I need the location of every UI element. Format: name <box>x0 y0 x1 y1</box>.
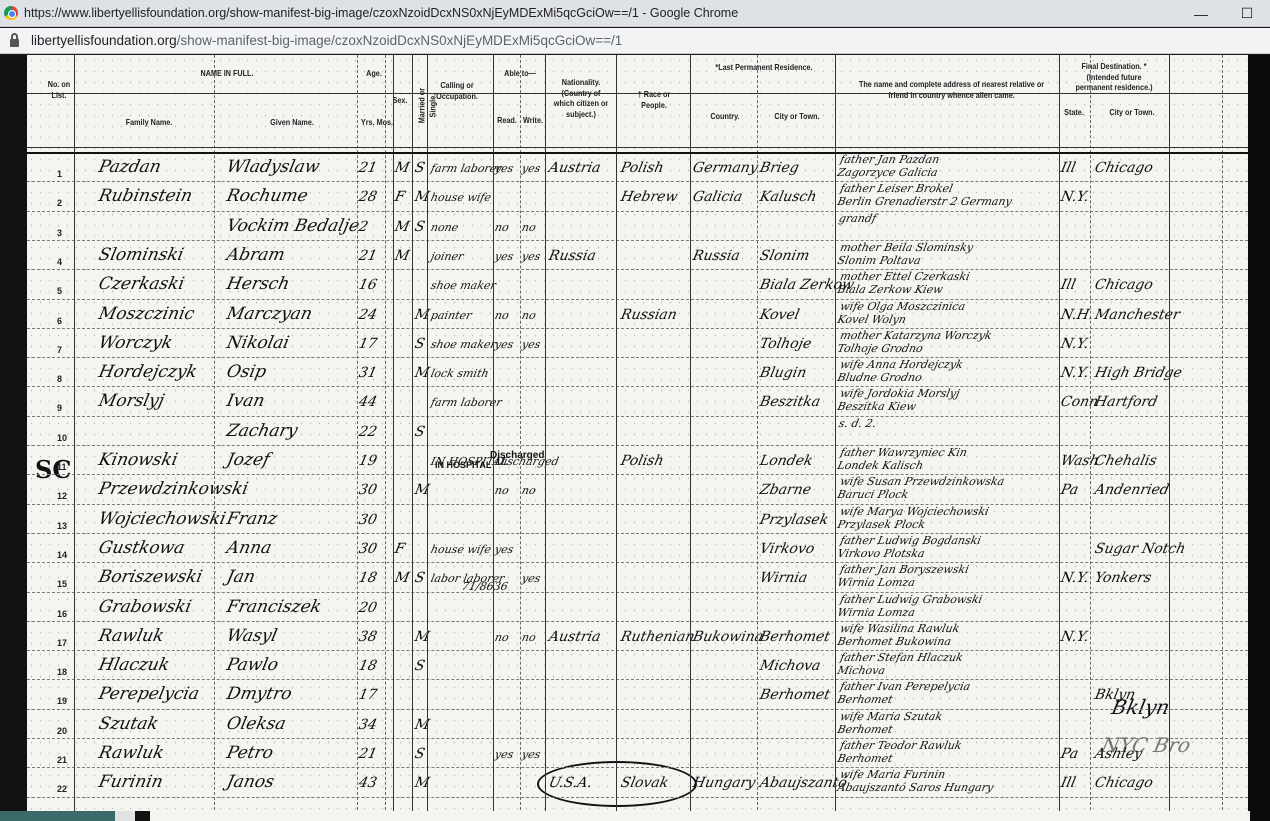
dest-state: Ill <box>1059 277 1077 293</box>
column-rule <box>385 55 386 815</box>
header-last-residence: *Last Permanent Residence. <box>709 62 820 73</box>
marital-status: S <box>413 336 426 352</box>
row-number: 20 <box>57 726 67 736</box>
given-name: Abram <box>225 245 287 265</box>
age: 2 <box>357 219 369 235</box>
nearest-relative: father Leiser Brokel Berlin Grenadierstr… <box>836 182 1016 208</box>
header-yrs-mos: Yrs. Mos. <box>360 117 394 128</box>
header-rule <box>27 93 1248 94</box>
read: no <box>494 484 510 497</box>
nearest-relative: father Wawrzyniec Kin Londek Kalisch <box>836 446 968 472</box>
header-no-on-list: No. on List. <box>45 79 74 100</box>
nearest-relative: wife Olga Moszczinica Kovel Wolyn <box>836 300 966 326</box>
row-number: 17 <box>57 638 67 648</box>
column-rule <box>1090 55 1091 815</box>
row-rule <box>27 474 1248 475</box>
dest-city: Bklyn <box>1093 687 1137 703</box>
window-controls: — ☐ <box>1178 0 1270 27</box>
nationality: Austria <box>547 629 602 645</box>
column-rule <box>520 55 521 815</box>
read: yes <box>494 250 515 263</box>
family-name: Grabowski <box>97 597 193 617</box>
family-name: Slominski <box>97 245 186 265</box>
write: no <box>521 309 537 322</box>
header-state: State. <box>1061 107 1087 118</box>
row-rule <box>27 592 1248 593</box>
family-name: Wojciechowski <box>97 509 228 529</box>
read: yes <box>494 543 515 556</box>
given-name: Franciszek <box>225 597 323 617</box>
read: yes <box>494 162 515 175</box>
header-country: Country. <box>700 111 751 122</box>
family-name: Przewdzinkowski <box>97 479 250 499</box>
race: Russian <box>619 307 678 323</box>
column-rule <box>74 55 75 815</box>
given-name: Ivan <box>225 391 267 411</box>
chrome-logo-icon <box>4 6 18 20</box>
sex: M <box>393 248 411 264</box>
family-name: Szutak <box>97 714 160 734</box>
dest-city: Chicago <box>1093 160 1154 176</box>
row-number: 6 <box>57 316 62 326</box>
given-name: Marczyan <box>225 304 314 324</box>
header-dest-city: City or Town. <box>1102 107 1162 118</box>
occupation: farm laborer <box>430 162 503 175</box>
family-name: Boriszewski <box>97 567 204 587</box>
row-number: 5 <box>57 286 62 296</box>
given-name: Janos <box>225 772 276 792</box>
age: 17 <box>357 687 378 703</box>
marital-status: S <box>413 570 426 586</box>
nearest-relative: wife Wasilina Rawluk Berhomet Bukowina <box>836 622 961 648</box>
city: Kalusch <box>758 189 818 205</box>
nearest-relative: mother Katarzyna Worczyk Tolhoje Grodno <box>836 329 993 355</box>
marital-status: S <box>413 424 426 440</box>
dest-city: Chehalis <box>1093 453 1158 469</box>
dest-city: Hartford <box>1093 394 1159 410</box>
family-name: Perepelycia <box>97 684 201 704</box>
window-titlebar: https://www.libertyellisfoundation.org/s… <box>0 0 1270 27</box>
given-name: Oleksa <box>225 714 288 734</box>
column-rule <box>214 55 215 815</box>
row-rule <box>27 328 1248 329</box>
country: Galicia <box>691 189 744 205</box>
given-name: Franz <box>225 509 279 529</box>
manifest-image-viewer: No. on List. NAME IN FULL. Family Name. … <box>0 55 1270 821</box>
dest-state: N.Y. <box>1059 189 1090 205</box>
next-page-strip <box>0 811 1270 821</box>
column-rule <box>393 55 394 815</box>
age: 30 <box>357 541 378 557</box>
row-number: 12 <box>57 491 67 501</box>
minimize-button[interactable]: — <box>1178 0 1224 27</box>
dest-state: N.Y. <box>1059 570 1090 586</box>
marital-status: M <box>413 775 431 791</box>
dest-state: N.Y. <box>1059 336 1090 352</box>
age: 20 <box>357 600 378 616</box>
family-name: Czerkaski <box>97 274 186 294</box>
family-name: Kinowski <box>97 450 180 470</box>
column-rule <box>357 55 358 815</box>
read: no <box>494 221 510 234</box>
city: Michova <box>758 658 822 674</box>
header-write: Write. <box>521 115 545 126</box>
family-name: Rubinstein <box>97 186 194 206</box>
column-rule <box>835 55 836 815</box>
age: 18 <box>357 570 378 586</box>
dest-state: Pa <box>1059 746 1080 762</box>
row-rule <box>27 240 1248 241</box>
row-rule <box>27 445 1248 446</box>
column-rule <box>757 55 758 815</box>
header-bottom-rule <box>27 152 1248 154</box>
given-name: Osip <box>225 362 268 382</box>
city: Przylasek <box>758 512 830 528</box>
family-name: Gustkowa <box>97 538 187 558</box>
age: 16 <box>357 277 378 293</box>
url-text[interactable]: libertyellisfoundation.org/show-manifest… <box>31 33 622 48</box>
row-rule <box>27 562 1248 563</box>
row-number: 1 <box>57 169 62 179</box>
nearest-relative: mother Beila Slominsky Slonim Poltava <box>836 241 974 267</box>
marital-status: S <box>413 219 426 235</box>
occupation: shoe maker <box>430 338 498 351</box>
marital-status: M <box>413 717 431 733</box>
read: no <box>494 309 510 322</box>
given-name: Rochume <box>225 186 310 206</box>
given-name: Pawlo <box>225 655 280 675</box>
header-read: Read. <box>494 115 520 126</box>
column-rule <box>1169 55 1170 815</box>
given-name: Petro <box>225 743 275 763</box>
write: yes <box>521 748 542 761</box>
row-number: 22 <box>57 784 67 794</box>
row-number: 2 <box>57 198 62 208</box>
nearest-relative: wife Marya Wojciechowski Przylasek Plock <box>836 505 990 531</box>
family-name: Hordejczyk <box>97 362 199 382</box>
dest-state: Pa <box>1059 482 1080 498</box>
given-name: Zachary <box>225 421 300 441</box>
age: 24 <box>357 307 378 323</box>
sex: M <box>393 219 411 235</box>
city: Zbarne <box>758 482 812 498</box>
age: 28 <box>357 189 378 205</box>
marital-status: M <box>413 365 431 381</box>
age: 43 <box>357 775 378 791</box>
row-number: 3 <box>57 228 62 238</box>
family-name: Hlaczuk <box>97 655 171 675</box>
city: Beszitka <box>758 394 821 410</box>
row-rule <box>27 533 1248 534</box>
url-path: /show-manifest-big-image/czoxNzoidDcxNS0… <box>177 33 623 48</box>
age: 44 <box>357 394 378 410</box>
header-city-or-town: City or Town. <box>767 111 827 122</box>
row-number: 18 <box>57 667 67 677</box>
dest-city: Andenried <box>1093 482 1170 498</box>
row-rule <box>27 621 1248 622</box>
nearest-relative: wife Maria Szutak Berhomet <box>836 710 943 736</box>
lock-icon[interactable] <box>10 39 19 47</box>
column-rule <box>427 55 428 815</box>
header-calling: Calling or Occupation. <box>432 80 483 101</box>
age: 18 <box>357 658 378 674</box>
marital-status: M <box>413 189 431 205</box>
age: 22 <box>357 424 378 440</box>
row-rule <box>27 386 1248 387</box>
row-rule <box>27 767 1248 768</box>
nearest-relative: father Teodor Rawluk Berhomet <box>836 739 963 765</box>
given-name: Jozef <box>225 450 272 470</box>
dest-state: N.Y. <box>1059 365 1090 381</box>
occupation: labor laborer <box>430 572 506 585</box>
row-number: 19 <box>57 696 67 706</box>
city: Berhomet <box>758 687 831 703</box>
given-name: Anna <box>225 538 274 558</box>
row-number: 13 <box>57 521 67 531</box>
header-nationality: Nationality. (Country of which citizen o… <box>550 77 611 120</box>
column-rule <box>1222 55 1223 815</box>
dest-state: N.Y. <box>1059 629 1090 645</box>
nearest-relative: wife Jordokia Morslyj Beszitka Kiew <box>836 387 961 413</box>
age: 30 <box>357 482 378 498</box>
occupation: shoe maker <box>430 279 498 292</box>
age: 21 <box>357 746 378 762</box>
row-number: 4 <box>57 257 62 267</box>
column-rule <box>616 55 617 815</box>
occupation: none <box>430 221 460 234</box>
header-family-name: Family Name. <box>107 117 192 128</box>
age: 38 <box>357 629 378 645</box>
country: Bukowina <box>691 629 764 645</box>
sex: M <box>393 570 411 586</box>
row-number: 16 <box>57 609 67 619</box>
row-number: 21 <box>57 755 67 765</box>
family-name: Morslyj <box>97 391 166 411</box>
row-number: 14 <box>57 550 67 560</box>
header-rule <box>27 147 1248 148</box>
row-rule <box>27 679 1248 680</box>
row-number: 11 <box>57 462 67 472</box>
url-host: libertyellisfoundation.org <box>31 33 177 48</box>
race: Slovak <box>619 775 670 791</box>
row-rule <box>27 504 1248 505</box>
row-number: 8 <box>57 374 62 384</box>
age: 17 <box>357 336 378 352</box>
race: Polish <box>619 453 665 469</box>
nearest-relative: wife Maria Furinin Abaujszantó Saros Hun… <box>836 768 997 794</box>
sex: F <box>393 541 406 557</box>
sex: M <box>393 160 411 176</box>
read: no <box>494 631 510 644</box>
nationality: U.S.A. <box>547 775 593 791</box>
family-name: Furinin <box>97 772 165 792</box>
column-rule <box>690 55 691 815</box>
occupation: joiner <box>430 250 465 263</box>
occupation: house wife <box>430 543 493 556</box>
age: 19 <box>357 453 378 469</box>
marital-status: M <box>413 307 431 323</box>
write: yes <box>521 250 542 263</box>
city: Virkovo <box>758 541 816 557</box>
country: Hungary <box>691 775 757 791</box>
city: Wirnia <box>758 570 809 586</box>
given-name: Wasyl <box>225 626 279 646</box>
family-name: Rawluk <box>97 626 166 646</box>
family-name: Moszczinic <box>97 304 196 324</box>
dest-city: Yonkers <box>1093 570 1153 586</box>
write: no <box>521 631 537 644</box>
header-age: Age. <box>361 68 387 79</box>
row-rule <box>27 211 1248 212</box>
given-name: Wladyslaw <box>225 157 322 177</box>
row-rule <box>27 299 1248 300</box>
age: 21 <box>357 248 378 264</box>
occupation: lock smith <box>430 367 490 380</box>
dest-state: Ill <box>1059 160 1077 176</box>
family-name: Pazdan <box>97 157 163 177</box>
city: Londek <box>758 453 814 469</box>
race: Hebrew <box>619 189 679 205</box>
city: Slonim <box>758 248 811 264</box>
city: Blugin <box>758 365 808 381</box>
write: no <box>521 484 537 497</box>
sex: F <box>393 189 406 205</box>
nearest-relative: father Ludwig Grabowski Wirnia Lomza <box>836 593 983 619</box>
row-number: 7 <box>57 345 62 355</box>
read: yes <box>494 338 515 351</box>
row-number: 9 <box>57 403 62 413</box>
city: Brieg <box>758 160 800 176</box>
row-rule <box>27 797 1248 798</box>
marital-status: M <box>413 482 431 498</box>
row-number: 15 <box>57 579 67 589</box>
nearest-relative: mother Ettel Czerkaski Biala Zerkow Kiew <box>836 270 971 296</box>
row-rule <box>27 416 1248 417</box>
column-rule <box>545 55 546 815</box>
write: yes <box>521 162 542 175</box>
age: 21 <box>357 160 378 176</box>
column-rule <box>412 55 413 815</box>
read: yes <box>494 748 515 761</box>
maximize-button[interactable]: ☐ <box>1224 0 1270 27</box>
column-rule <box>1059 55 1060 815</box>
given-name: Dmytro <box>225 684 294 704</box>
header-given-name: Given Name. <box>250 117 335 128</box>
occupation: house wife <box>430 191 493 204</box>
header-final-destination: Final Destination. *(Intended future per… <box>1067 61 1161 93</box>
row-rule <box>27 709 1248 710</box>
age: 34 <box>357 717 378 733</box>
row-rule <box>27 738 1248 739</box>
marital-status: S <box>413 160 426 176</box>
nearest-relative: wife Anna Hordejczyk Bludne Grodno <box>836 358 964 384</box>
given-name: Hersch <box>225 274 291 294</box>
family-name: Rawluk <box>97 743 166 763</box>
row-rule <box>27 357 1248 358</box>
race: Ruthenian <box>619 629 696 645</box>
header-sex: Sex. <box>392 95 407 106</box>
row-rule <box>27 269 1248 270</box>
row-rule <box>27 650 1248 651</box>
city: Kovel <box>758 307 801 323</box>
marital-status: S <box>413 658 426 674</box>
nearest-relative: father Stefan Hlaczuk Michova <box>836 651 964 677</box>
manifest-page: No. on List. NAME IN FULL. Family Name. … <box>27 55 1248 815</box>
address-bar[interactable]: libertyellisfoundation.org/show-manifest… <box>0 28 1270 54</box>
family-name: Worczyk <box>97 333 174 353</box>
dest-state: Ill <box>1059 775 1077 791</box>
given-name: Vockim Bedalje <box>225 216 361 236</box>
city: Tolhoje <box>758 336 813 352</box>
dest-city: Chicago <box>1093 775 1154 791</box>
occupation: painter <box>430 309 473 322</box>
marital-status: S <box>413 746 426 762</box>
read: Discharged <box>494 455 560 468</box>
country: Russia <box>691 248 741 264</box>
dest-city: Chicago <box>1093 277 1154 293</box>
dest-city: Sugar Notch <box>1093 541 1187 557</box>
row-number: 10 <box>57 433 67 443</box>
nearest-relative: wife Susan Przewdzinkowska Baruci Plock <box>836 475 1005 501</box>
race: Polish <box>619 160 665 176</box>
header-nearest-relative: The name and complete address of nearest… <box>856 79 1047 100</box>
age: 31 <box>357 365 378 381</box>
nearest-relative: father Ivan Perepelycia Berhomet <box>836 680 971 706</box>
nearest-relative: grandf <box>838 212 878 225</box>
marital-status: M <box>413 629 431 645</box>
page-edge <box>1248 55 1270 821</box>
nearest-relative: s. d. 2. <box>838 417 878 430</box>
write: yes <box>521 338 542 351</box>
age: 30 <box>357 512 378 528</box>
nearest-relative: father Jan Boryszewski Wirnia Lomza <box>836 563 970 589</box>
city: Berhomet <box>758 629 831 645</box>
dest-city: Ashley <box>1093 746 1143 762</box>
write: no <box>521 221 537 234</box>
row-rule <box>27 181 1248 182</box>
country: Germany <box>691 160 759 176</box>
nearest-relative: father Ludwig Bogdanski Virkovo Plotska <box>836 534 982 560</box>
given-name: Jan <box>225 567 257 587</box>
nearest-relative: father Jan Pazdan Zagorzyce Galicia <box>836 153 941 179</box>
given-name: Nikolai <box>225 333 291 353</box>
write: yes <box>521 572 542 585</box>
nationality: Austria <box>547 160 602 176</box>
occupation: farm laborer <box>430 396 503 409</box>
header-name-in-full: NAME IN FULL. <box>159 68 295 79</box>
window-title: https://www.libertyellisfoundation.org/s… <box>24 6 738 20</box>
nationality: Russia <box>547 248 597 264</box>
column-rule <box>493 55 494 815</box>
